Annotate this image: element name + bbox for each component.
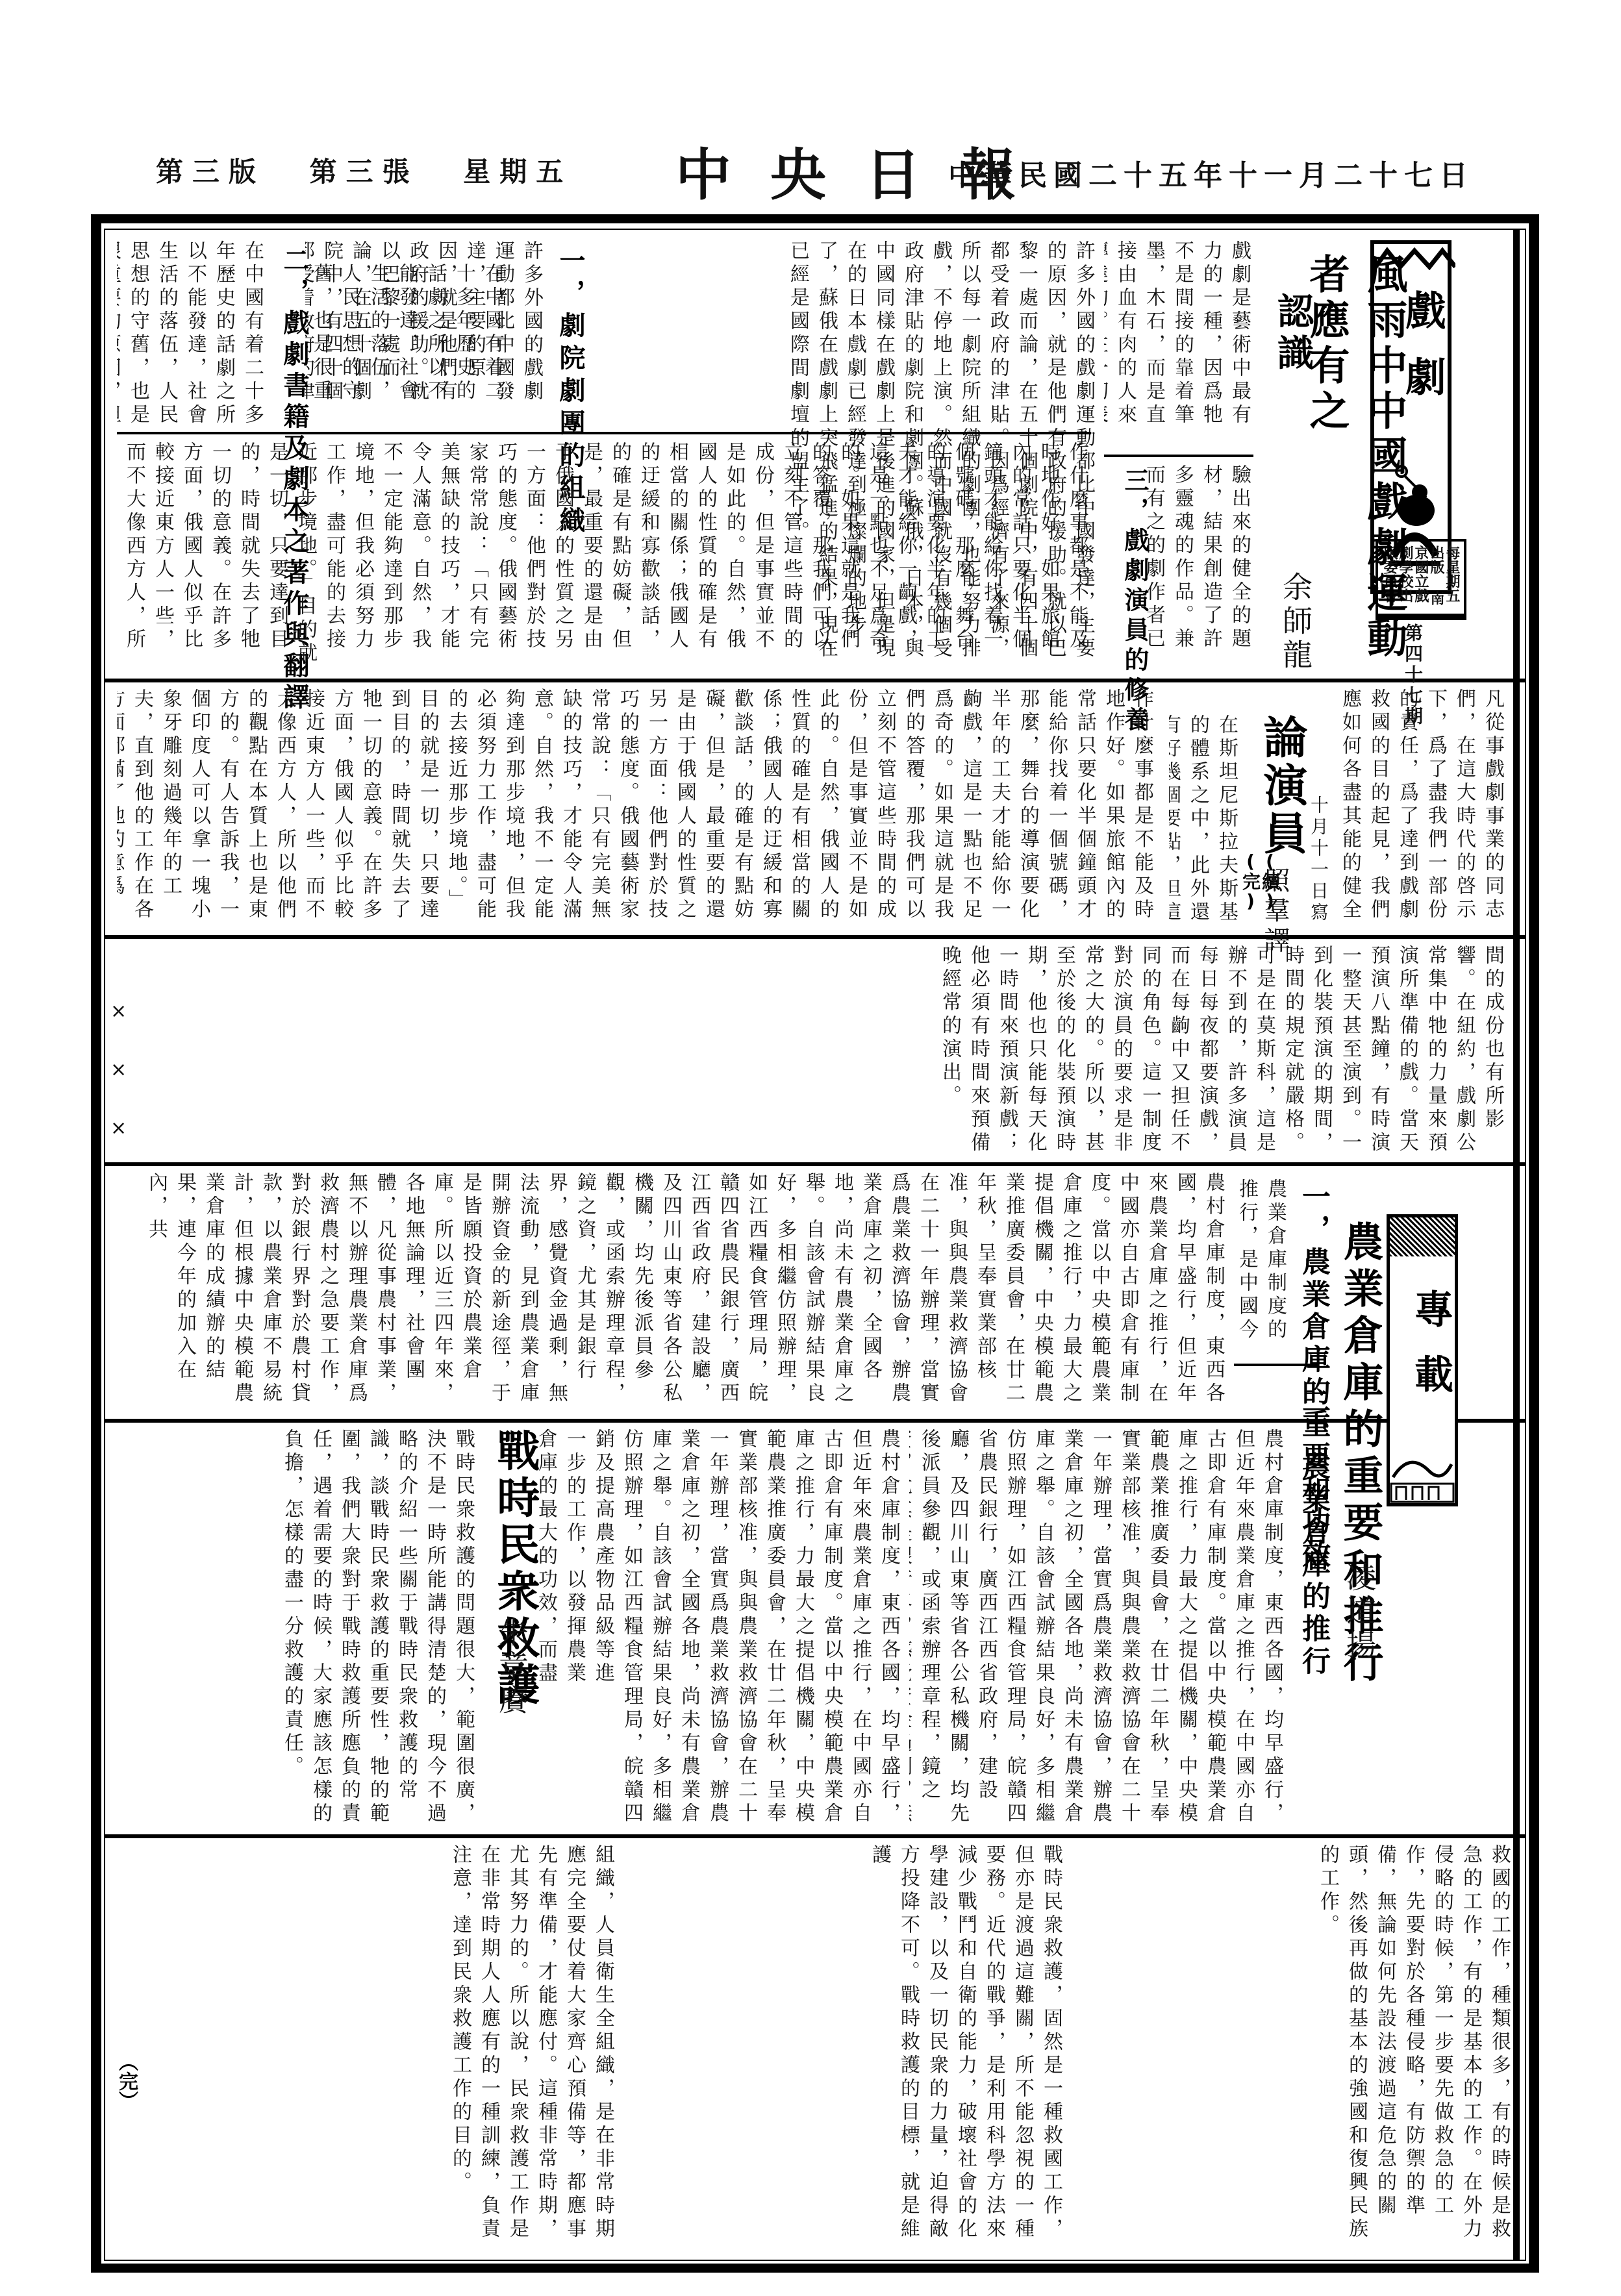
- cross-marker: ×: [110, 1058, 127, 1081]
- warehouse-section2-heading: 二、農業倉庫的推行: [1292, 1386, 1334, 1678]
- section2-continued: 在中國有着二十多年歷史的話劇之所以不能發達，社會生活的落伍，人民思想的守舊，也是…: [117, 240, 266, 435]
- actor-body-band2: 作什麼事都是不能及時地作好。如果旅館內的常話只要化半個鐘頭才能給你找着一個號碼，…: [117, 688, 1156, 929]
- translator: 照羣譯: [1257, 867, 1294, 956]
- warehouse-closing: 銷及提高農產物品級等進一步的工作，以發揮農業倉庫的最大的功效，而盡其對農村經濟最…: [539, 1429, 617, 1688]
- cross-marker: ×: [110, 1000, 127, 1023]
- band-divider-5: [104, 1834, 1526, 1838]
- rescue-body-middle: 戰時民衆救護，固然是一種救國工作，但亦是渡過這難關，所不能忽視的一種要務。近代的…: [623, 1844, 1065, 2253]
- rescue-subsections: 救國的工作，種類很多，有的時候是救急的工作，有的是基本的工作。在外力侵略的時候，…: [1072, 1844, 1513, 2253]
- cross-marker: ×: [110, 1117, 127, 1140]
- warehouse-body-band5: 農村倉庫制度，東西各國，均早盛行，但近年來農業倉庫之推行，在中國亦自古即倉有庫制…: [909, 1429, 1286, 1828]
- band-divider-3: [104, 1162, 1526, 1166]
- page-number: 第三版: [156, 156, 265, 188]
- newspaper-header: 第三版 第三張 星期五 中央日報 中華民國二十五年十一月二十七日: [78, 130, 1526, 208]
- actor-intro: 在斯坦尼斯拉夫斯基的體系之中，此外還有好幾個要點，但這些都是與戲劇準備時期所發生…: [1169, 714, 1240, 929]
- warehouse-body-band4: 農村倉庫制度，東西各國，均早盛行，但近年來農業倉庫之推行，在中國亦自古即倉有庫制…: [117, 1172, 1227, 1416]
- drama-conclusion: 凡從事戲劇事業的同志們，在這大時代的啓示下，爲了盡我們一部份的責任，爲了達到戲劇…: [1338, 688, 1507, 929]
- article-intro: 戲劇是藝術中最有力的一種，因爲牠不是間接的靠着筆墨，木石，而是直接由血有肉的人來…: [1104, 240, 1253, 448]
- special-column-title: 專載: [1403, 1289, 1459, 1419]
- hatch-ornament-icon: [1390, 1217, 1455, 1256]
- article-title-drama-cont: 認識: [1266, 292, 1318, 375]
- article-title-actor: 論演員: [1250, 714, 1313, 858]
- band-divider-1: [104, 679, 1526, 682]
- weekday: 星期五: [463, 156, 572, 188]
- fret-ornament-icon: [1390, 1451, 1455, 1503]
- right-thick-rule: [1513, 229, 1520, 2261]
- author-rescue: 朱章賡: [490, 1617, 533, 1718]
- special-masthead: 專載: [1387, 1214, 1458, 1506]
- band1-mid-rule: [117, 432, 1091, 434]
- warehouse-section1-text: 農業倉庫制度的推行，是中國今日救濟農村經濟最好政策之一。現在先述農業倉庫的重要和…: [1234, 1179, 1289, 1364]
- intro-rule: [1104, 455, 1253, 457]
- warehouse-body-band5b: 農村倉庫制度，東西各國，均早盛行，但近年來農業倉庫之推行，在中國亦自古即倉有庫制…: [623, 1429, 903, 1828]
- end-mark: （完）: [112, 2052, 140, 2110]
- section3-text: 驗出來的健全的題材，結果創造了許多靈魂的作品。兼而有之的劇作者已經極少，更何況「…: [1146, 464, 1253, 672]
- actor-body-band3: 間的成份也有所影響。在紐約，戲劇公常集中牠的力量來預演所準備的戲。當天預演八點鐘…: [117, 945, 1507, 1156]
- band1-lower-text: 作什麼事都是不能及時地作好。如果旅館內的常話只要化半個鐘頭才能給你找着一個號碼，…: [117, 442, 1091, 672]
- rescue-ending: 組織，人員衛生全組織，是在非常時期應完全要仗着大家齊心預備等，都應事先有準備，才…: [130, 1844, 617, 2253]
- section2-text: 在中國有着二十多年歷史的話劇之所以不能發達，社會生活的落伍，人民思想的守舊，也是…: [305, 263, 507, 422]
- sheet-number: 第三張: [310, 156, 419, 188]
- band-divider-2: [104, 935, 1526, 939]
- author-drama: 余師龍: [1274, 571, 1317, 673]
- warehouse-rule: [1234, 1364, 1318, 1366]
- author-warehouse: 凌道揚: [1338, 1562, 1381, 1663]
- page-info: 第三版 第三張 星期五: [156, 151, 598, 190]
- issue-date: 中華民國二十五年十一月二十七日: [948, 152, 1474, 193]
- rescue-intro: 戰時民衆救護的問題很大，範圍很廣，決不是一時所能講得清楚的，現今不過略的介紹一些…: [117, 1429, 477, 1828]
